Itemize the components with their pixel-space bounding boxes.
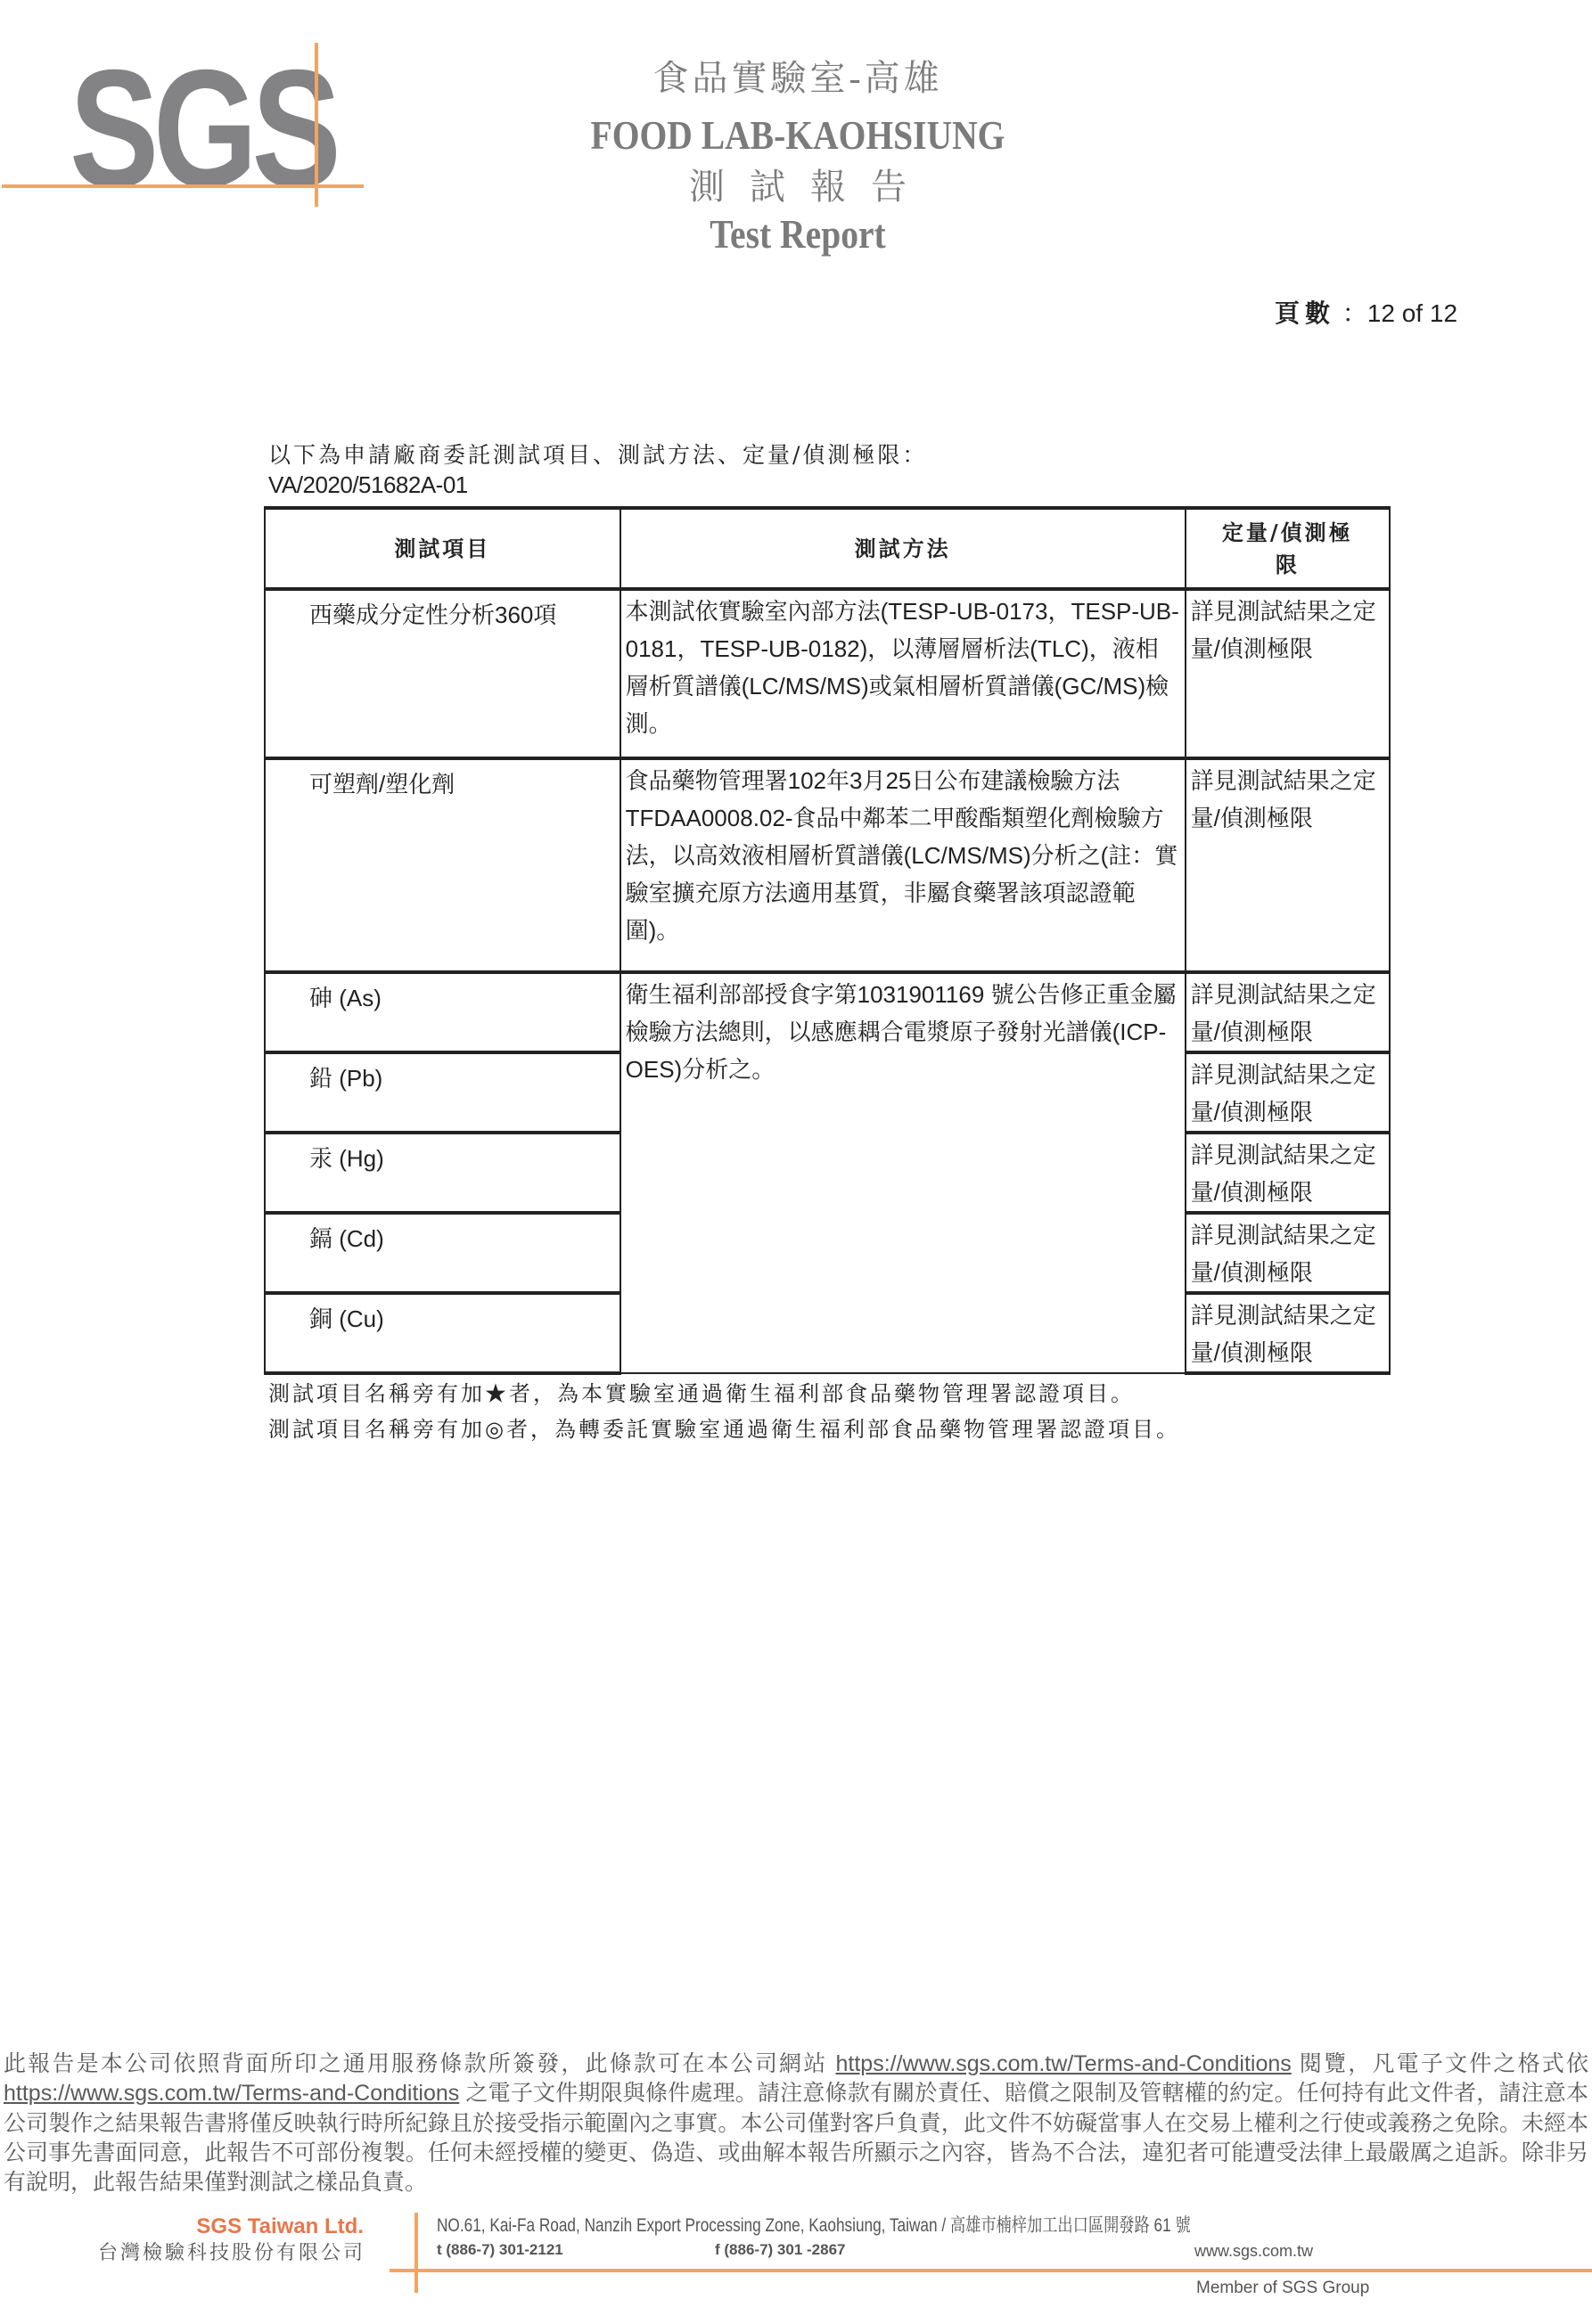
- company-fax: f (886-7) 301 -2867: [715, 2238, 845, 2262]
- page-number: 頁數 ：12 of 12: [1275, 298, 1457, 330]
- page-number-label: 頁數: [1275, 299, 1335, 328]
- detection-limit: 詳見測試結果之定量/偵測極限: [1186, 589, 1390, 758]
- note-star-accredited: 測試項目名稱旁有加★者，為本實驗室通過衛生福利部食品藥物管理署認證項目。: [268, 1377, 1135, 1411]
- detection-limit: 詳見測試結果之定量/偵測極限: [1186, 1213, 1390, 1293]
- note-circle-subcontracted: 測試項目名稱旁有加◎者，為轉委託實驗室通過衛生福利部食品藥物管理署認證項目。: [268, 1412, 1180, 1446]
- intro-text: 以下為申請廠商委託測試項目、測試方法、定量/偵測極限：: [268, 440, 927, 471]
- test-method: 衛生福利部部授食字第1031901169 號公告修正重金屬檢驗方法總則，以感應耦…: [620, 972, 1186, 1373]
- lab-title-cn: 食品實驗室-高雄: [535, 57, 1061, 100]
- member-of-group: Member of SGS Group: [1196, 2277, 1369, 2300]
- table-row: 可塑劑/塑化劑 食品藥物管理署102年3月25日公布建議檢驗方法TFDAA000…: [265, 758, 1390, 972]
- table-row: 西藥成分定性分析360項 本測試依實驗室內部方法(TESP-UB-0173，TE…: [265, 589, 1390, 758]
- table-header-row: 測試項目 測試方法 定量/偵測極限: [265, 508, 1390, 589]
- company-name-cn: 台灣檢驗科技股份有限公司: [89, 2240, 365, 2267]
- report-title-en: Test Report: [571, 210, 1023, 258]
- detection-limit: 詳見測試結果之定量/偵測極限: [1186, 1052, 1390, 1133]
- logo-horizontal-rule: [2, 184, 364, 188]
- terms-link-2[interactable]: https://www.sgs.com.tw/Terms-and-Conditi…: [4, 2081, 459, 2106]
- footer-vertical-rule: [414, 2213, 418, 2293]
- test-item: 汞 (Hg): [265, 1133, 620, 1213]
- detection-limit: 詳見測試結果之定量/偵測極限: [1186, 1133, 1390, 1213]
- detection-limit: 詳見測試結果之定量/偵測極限: [1186, 972, 1390, 1052]
- terms-link[interactable]: https://www.sgs.com.tw/Terms-and-Conditi…: [836, 2051, 1292, 2076]
- logo-vertical-rule: [315, 43, 318, 207]
- test-item: 砷 (As): [265, 972, 620, 1052]
- lab-title-en: FOOD LAB-KAOHSIUNG: [571, 112, 1023, 159]
- header-test-method: 測試方法: [620, 508, 1186, 589]
- report-number: VA/2020/51682A-01: [268, 471, 468, 499]
- header-test-item: 測試項目: [265, 508, 620, 589]
- disclaimer-text-2: 閱覽，凡電子文件之格式依: [1292, 2051, 1588, 2076]
- page-number-value: 12 of 12: [1367, 299, 1457, 327]
- company-name-en: SGS Taiwan Ltd.: [134, 2214, 364, 2240]
- footer-horizontal-rule: [390, 2269, 1592, 2272]
- report-title-cn: 測試報告: [535, 166, 1061, 209]
- test-methods-table: 測試項目 測試方法 定量/偵測極限 西藥成分定性分析360項 本測試依實驗室內部…: [264, 506, 1391, 1375]
- legal-disclaimer: 此報告是本公司依照背面所印之通用服務條款所簽發，此條款可在本公司網站 https…: [4, 2050, 1588, 2197]
- test-method: 食品藥物管理署102年3月25日公布建議檢驗方法TFDAA0008.02-食品中…: [620, 758, 1186, 972]
- company-address: NO.61, Kai-Fa Road, Nanzih Export Proces…: [437, 2214, 1191, 2238]
- test-item: 可塑劑/塑化劑: [265, 758, 620, 972]
- detection-limit: 詳見測試結果之定量/偵測極限: [1186, 1293, 1390, 1373]
- test-item: 西藥成分定性分析360項: [265, 589, 620, 758]
- detection-limit: 詳見測試結果之定量/偵測極限: [1186, 758, 1390, 972]
- test-item: 鉛 (Pb): [265, 1052, 620, 1133]
- test-item: 銅 (Cu): [265, 1293, 620, 1373]
- test-item: 鎘 (Cd): [265, 1213, 620, 1293]
- header-detection-limit: 定量/偵測極限: [1186, 508, 1390, 589]
- disclaimer-text-1: 此報告是本公司依照背面所印之通用服務條款所簽發，此條款可在本公司網站: [4, 2051, 836, 2076]
- company-website[interactable]: www.sgs.com.tw: [1194, 2240, 1313, 2262]
- test-method: 本測試依實驗室內部方法(TESP-UB-0173，TESP-UB-0181，TE…: [620, 589, 1186, 758]
- page-number-separator: ：: [1342, 299, 1367, 327]
- company-telephone: t (886-7) 301-2121: [437, 2238, 563, 2262]
- table-row: 砷 (As) 衛生福利部部授食字第1031901169 號公告修正重金屬檢驗方法…: [265, 972, 1390, 1052]
- header-detection-limit-label: 定量/偵測極限: [1220, 517, 1354, 581]
